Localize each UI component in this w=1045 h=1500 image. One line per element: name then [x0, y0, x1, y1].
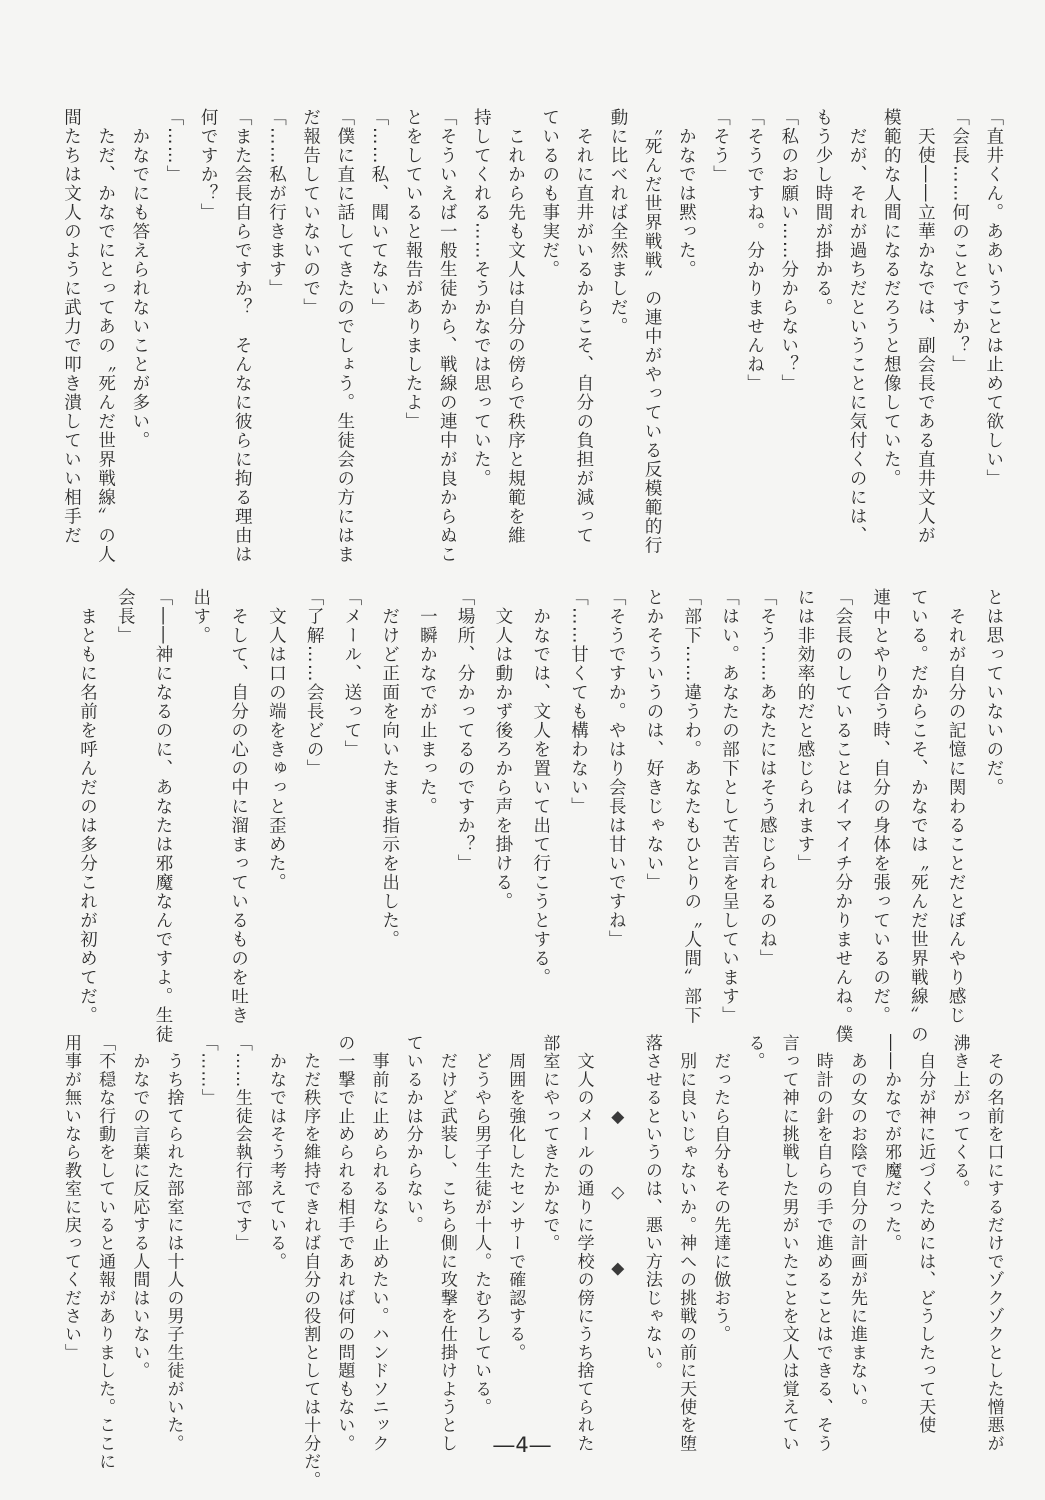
text-column: 模範的な人間になるだろうと想像していた。 — [882, 108, 900, 584]
text-column: 何ですか？」 — [199, 108, 217, 584]
text-column: 「会長……何のことですか？」 — [950, 108, 968, 584]
text-column: 「そうですか。やはり会長は甘いですね」 — [607, 588, 625, 1043]
text-column: 「不穏な行動をしていると通報がありました。ここに — [96, 1034, 113, 1490]
text-column: の一撃で止められる相手であれば何の問題もない。 — [335, 1034, 352, 1490]
text-column: 〝死んだ世界戦戦〟の連中がやっている反模範的行 — [643, 108, 661, 584]
text-column: 沸き上がってくる。 — [950, 1034, 967, 1490]
text-column: 「了解……会長どの」 — [305, 588, 323, 1043]
text-column: 「……私、聞いてない」 — [369, 108, 387, 584]
text-column: 「そう」 — [711, 108, 729, 584]
text-column: ているかは分からない。 — [404, 1034, 421, 1490]
text-column: 「そうですね。分かりませんね」 — [745, 108, 763, 584]
text-column: 「……」 — [199, 1034, 216, 1490]
text-column: それが自分の記憶に関わることだとぼんやり感じ — [947, 588, 965, 1043]
text-column: 間たちは文人のように武力で叩き潰していい相手だ — [62, 108, 80, 584]
text-band-bottom: その名前を口にするだけでゾクゾクとした憎悪が沸き上がってくる。 自分が神に近づく… — [62, 1034, 1002, 1490]
text-column: ただ、かなでにとってあの〝死んだ世界戦線〟の人 — [96, 108, 114, 584]
text-column: うち捨てられた部室には十人の男子生徒がいた。 — [165, 1034, 182, 1490]
text-column: だったら自分もその先達に倣おう。 — [711, 1034, 728, 1490]
text-column: 「……甘くても構わない」 — [569, 588, 587, 1043]
scene-divider: ◆ ◇ ◆ — [609, 1034, 626, 1490]
text-column: まともに名前を呼んだのは多分これが初めてだ。 — [78, 588, 96, 1043]
text-column: 会長」 — [116, 588, 134, 1043]
text-column: 自分が神に近づくためには、どうしたって天使 — [916, 1034, 933, 1490]
text-column: とをしていると報告がありましたよ」 — [404, 108, 422, 584]
text-column: 「……」 — [164, 108, 182, 584]
text-column: 「そう……あなたにはそう感じられるのね」 — [758, 588, 776, 1043]
text-column: 「……生徒会執行部です」 — [233, 1034, 250, 1490]
text-column: 「場所、分かってるのですか？」 — [456, 588, 474, 1043]
text-column: 落させるというのは、悪い方法じゃない。 — [643, 1034, 660, 1490]
text-column: 出す。 — [191, 588, 209, 1043]
text-column: これから先も文人は自分の傍らで秩序と規範を維 — [506, 108, 524, 584]
text-column: 「直井くん。ああいうことは止めて欲しい」 — [984, 108, 1002, 584]
text-column: 別に良いじゃないか。神への挑戦の前に天使を堕 — [677, 1034, 694, 1490]
text-column: には非効率的だと感じられます」 — [796, 588, 814, 1043]
text-column: 「会長のしていることはイマイチ分かりませんね。僕 — [833, 588, 851, 1043]
text-column: かなではそう考えている。 — [267, 1034, 284, 1490]
text-column: だ報告していないので」 — [301, 108, 319, 584]
text-column: 連中とやり合う時、自分の身体を張っているのだ。 — [871, 588, 889, 1043]
text-column: それに直井がいるからこそ、自分の負担が減って — [574, 108, 592, 584]
text-column: 持してくれる……そうかなでは思っていた。 — [472, 108, 490, 584]
text-column: かなでは、文人を置いて出て行こうとする。 — [531, 588, 549, 1043]
text-column: 「……私が行きます」 — [267, 108, 285, 584]
text-column: ているのも事実だ。 — [540, 108, 558, 584]
text-column: あの女のお陰で自分の計画が先に進まない。 — [848, 1034, 865, 1490]
text-column: 時計の針を自らの手で進めることはできる、そう — [814, 1034, 831, 1490]
text-column: 「私のお願い……分からない？」 — [779, 108, 797, 584]
text-column: もう少し時間が掛かる。 — [813, 108, 831, 584]
text-column: ただ秩序を維持できれば自分の役割としては十分だ。 — [301, 1034, 318, 1490]
text-column: 事前に止められるなら止めたい。ハンドソニック — [370, 1034, 387, 1490]
page-number: ―4― — [0, 1433, 1045, 1457]
text-column: だが、それが過ちだということに気付くのには、 — [848, 108, 866, 584]
text-column: 文人のメールの通りに学校の傍にうち捨てられた — [575, 1034, 592, 1490]
text-column: かなでは黙った。 — [677, 108, 695, 584]
text-column: その名前を口にするだけでゾクゾクとした憎悪が — [985, 1034, 1002, 1490]
text-column: 言って神に挑戦した男がいたことを文人は覚えてい — [780, 1034, 797, 1490]
text-column: 用事が無いなら教室に戻ってください」 — [62, 1034, 79, 1490]
scanned-novel-page: 「直井くん。ああいうことは止めて欲しい」「会長……何のことですか？」 天使――立… — [0, 0, 1045, 1500]
text-column: 「メール、送って」 — [342, 588, 360, 1043]
text-column: 「はい。あなたの部下として苦言を呈しています」 — [720, 588, 738, 1043]
text-column: 周囲を強化したセンサーで確認する。 — [506, 1034, 523, 1490]
text-column: ――かなでが邪魔だった。 — [882, 1034, 899, 1490]
text-column: 「部下……違うわ。あなたもひとりの〝人間〟部下 — [682, 588, 700, 1043]
text-column: とは思っていないのだ。 — [984, 588, 1002, 1043]
text-column: かなでの言葉に反応する人間はいない。 — [130, 1034, 147, 1490]
text-column: 「――神になるのに、あなたは邪魔なんですよ。生徒 — [154, 588, 172, 1043]
text-column: ている。だからこそ、かなでは〝死んだ世界戦線〟の — [909, 588, 927, 1043]
text-band-top: 「直井くん。ああいうことは止めて欲しい」「会長……何のことですか？」 天使――立… — [62, 108, 1002, 584]
text-column: 天使――立華かなでは、副会長である直井文人が — [916, 108, 934, 584]
text-column: 「また会長自らですか？ そんなに彼らに拘る理由は — [233, 108, 251, 584]
text-column: 動に比べれば全然ましだ。 — [609, 108, 627, 584]
text-column: そして、自分の心の中に溜まっているものを吐き — [229, 588, 247, 1043]
text-column: かなでにも答えられないことが多い。 — [130, 108, 148, 584]
text-column: 文人は動かず後ろから声を掛ける。 — [493, 588, 511, 1043]
text-column: 「僕に直に話してきたのでしょう。生徒会の方にはま — [335, 108, 353, 584]
text-column: る。 — [745, 1034, 762, 1490]
text-band-middle: とは思っていないのだ。 それが自分の記憶に関わることだとぼんやり感じている。だか… — [78, 588, 1002, 1043]
text-column: とかそういうのは、好きじゃない」 — [644, 588, 662, 1043]
text-column: 文人は口の端をきゅっと歪めた。 — [267, 588, 285, 1043]
text-column: 部室にやってきたかなで。 — [540, 1034, 557, 1490]
text-column: だけど正面を向いたまま指示を出した。 — [380, 588, 398, 1043]
text-column: 一瞬かなでが止まった。 — [418, 588, 436, 1043]
text-column: 「そういえば一般生徒から、戦線の連中が良からぬこ — [438, 108, 456, 584]
text-column: だけど武装し、こちら側に攻撃を仕掛けようとし — [438, 1034, 455, 1490]
text-column: どうやら男子生徒が十人。たむろしている。 — [472, 1034, 489, 1490]
